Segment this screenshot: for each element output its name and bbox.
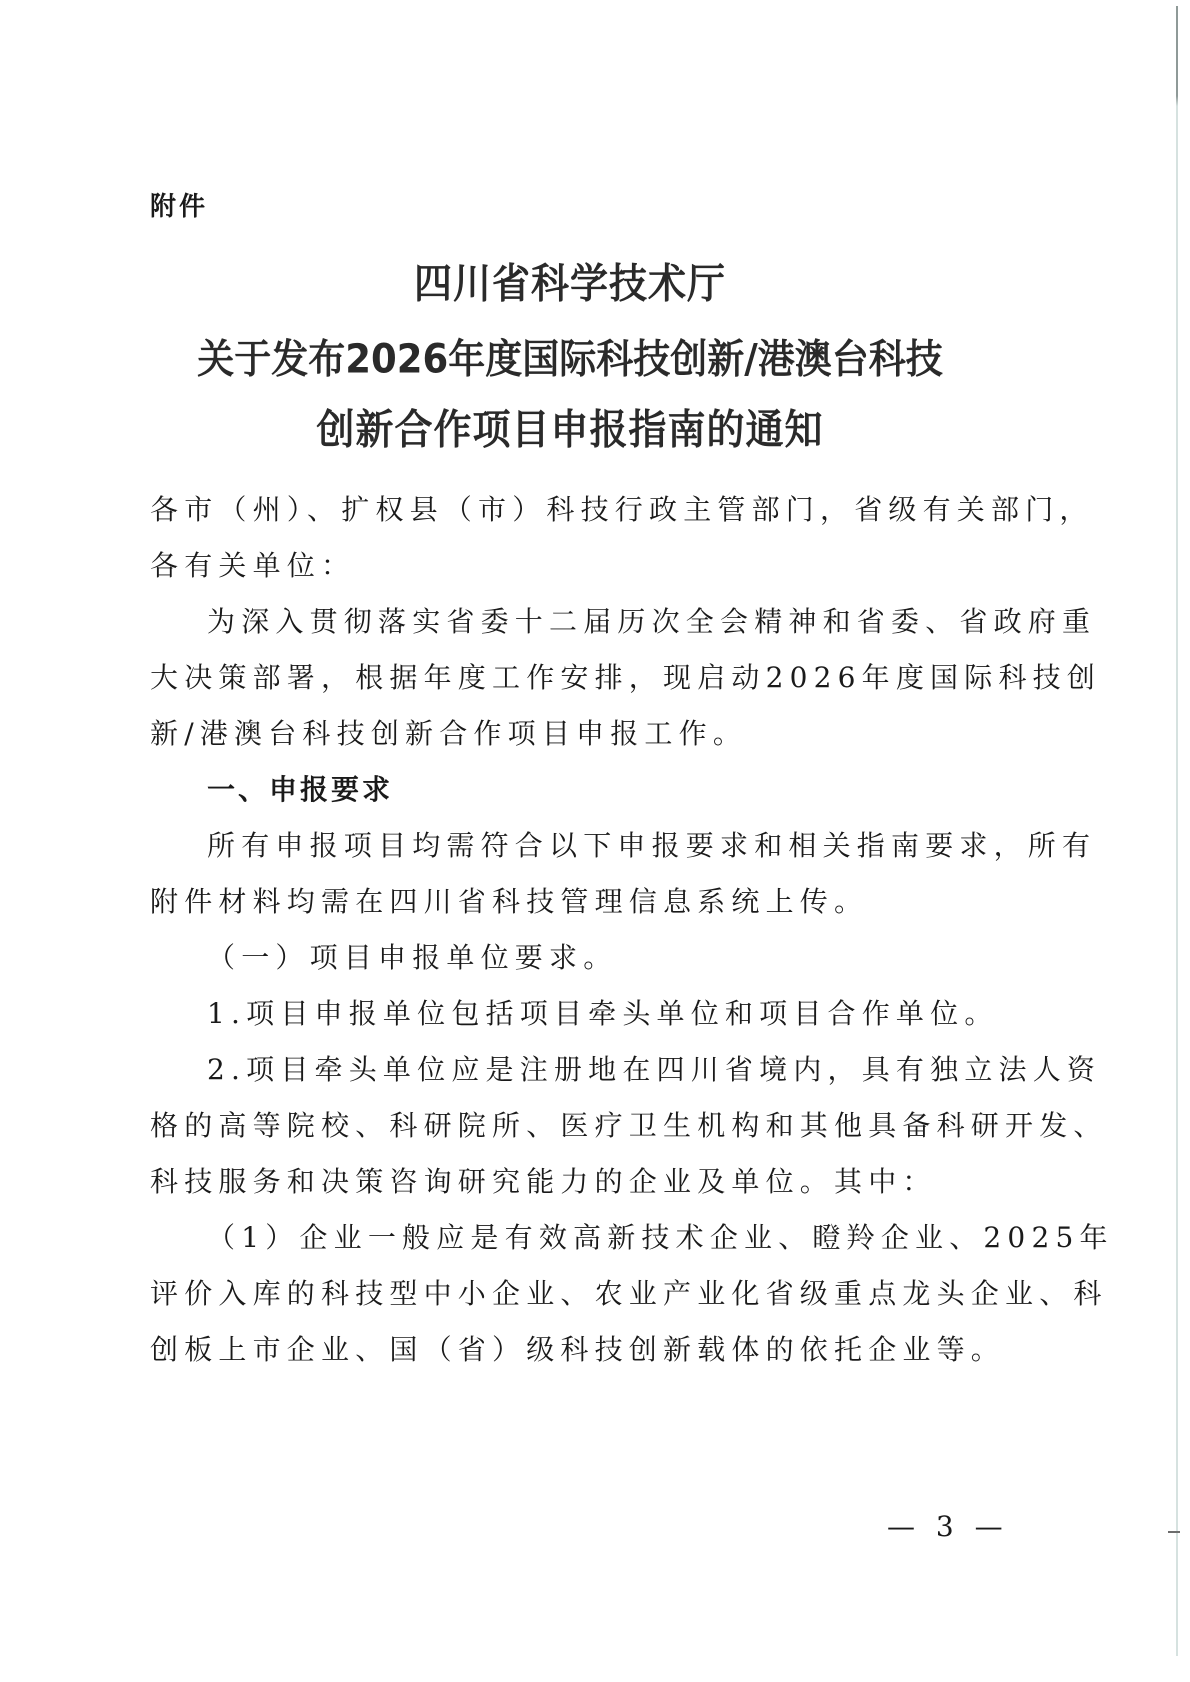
scan-edge-mark: [1168, 1531, 1180, 1533]
body-line: 2.项目牵头单位应是注册地在四川省境内，具有独立法人资: [207, 1050, 1037, 1090]
subsection-heading: （一）项目申报单位要求。: [207, 938, 1037, 978]
body-line: 新/港澳台科技创新合作项目申报工作。: [150, 714, 1035, 754]
body-line: （1）企业一般应是有效高新技术企业、瞪羚企业、2025年: [207, 1218, 1037, 1258]
body-line: 各有关单位：: [150, 546, 1035, 586]
section-heading: 一、申报要求: [207, 770, 1037, 810]
body-line: 格的高等院校、科研院所、医疗卫生机构和其他具备科研开发、: [150, 1106, 1035, 1146]
title-line-1: 四川省科学技术厅: [130, 250, 1010, 309]
title-line-3: 创新合作项目申报指南的通知: [130, 396, 1010, 455]
body-line: 1.项目申报单位包括项目牵头单位和项目合作单位。: [207, 994, 1037, 1034]
attachment-label: 附件: [150, 186, 208, 223]
scan-edge-line: [1176, 6, 1178, 1656]
body-line: 科技服务和决策咨询研究能力的企业及单位。其中：: [150, 1162, 1035, 1202]
body-line: 评价入库的科技型中小企业、农业产业化省级重点龙头企业、科: [150, 1274, 1035, 1314]
body-line: 为深入贯彻落实省委十二届历次全会精神和省委、省政府重: [207, 602, 1037, 642]
body-line: 附件材料均需在四川省科技管理信息系统上传。: [150, 882, 1035, 922]
page-number: — 3 —: [887, 1510, 1009, 1543]
body-line: 各市（州）、扩权县（市）科技行政主管部门，省级有关部门，: [150, 490, 1035, 530]
body-line: 大决策部署，根据年度工作安排，现启动2026年度国际科技创: [150, 658, 1035, 698]
title-line-2: 关于发布2026年度国际科技创新/港澳台科技: [130, 326, 1010, 384]
body-line: 所有申报项目均需符合以下申报要求和相关指南要求，所有: [207, 826, 1037, 866]
body-line: 创板上市企业、国（省）级科技创新载体的依托企业等。: [150, 1330, 1035, 1370]
